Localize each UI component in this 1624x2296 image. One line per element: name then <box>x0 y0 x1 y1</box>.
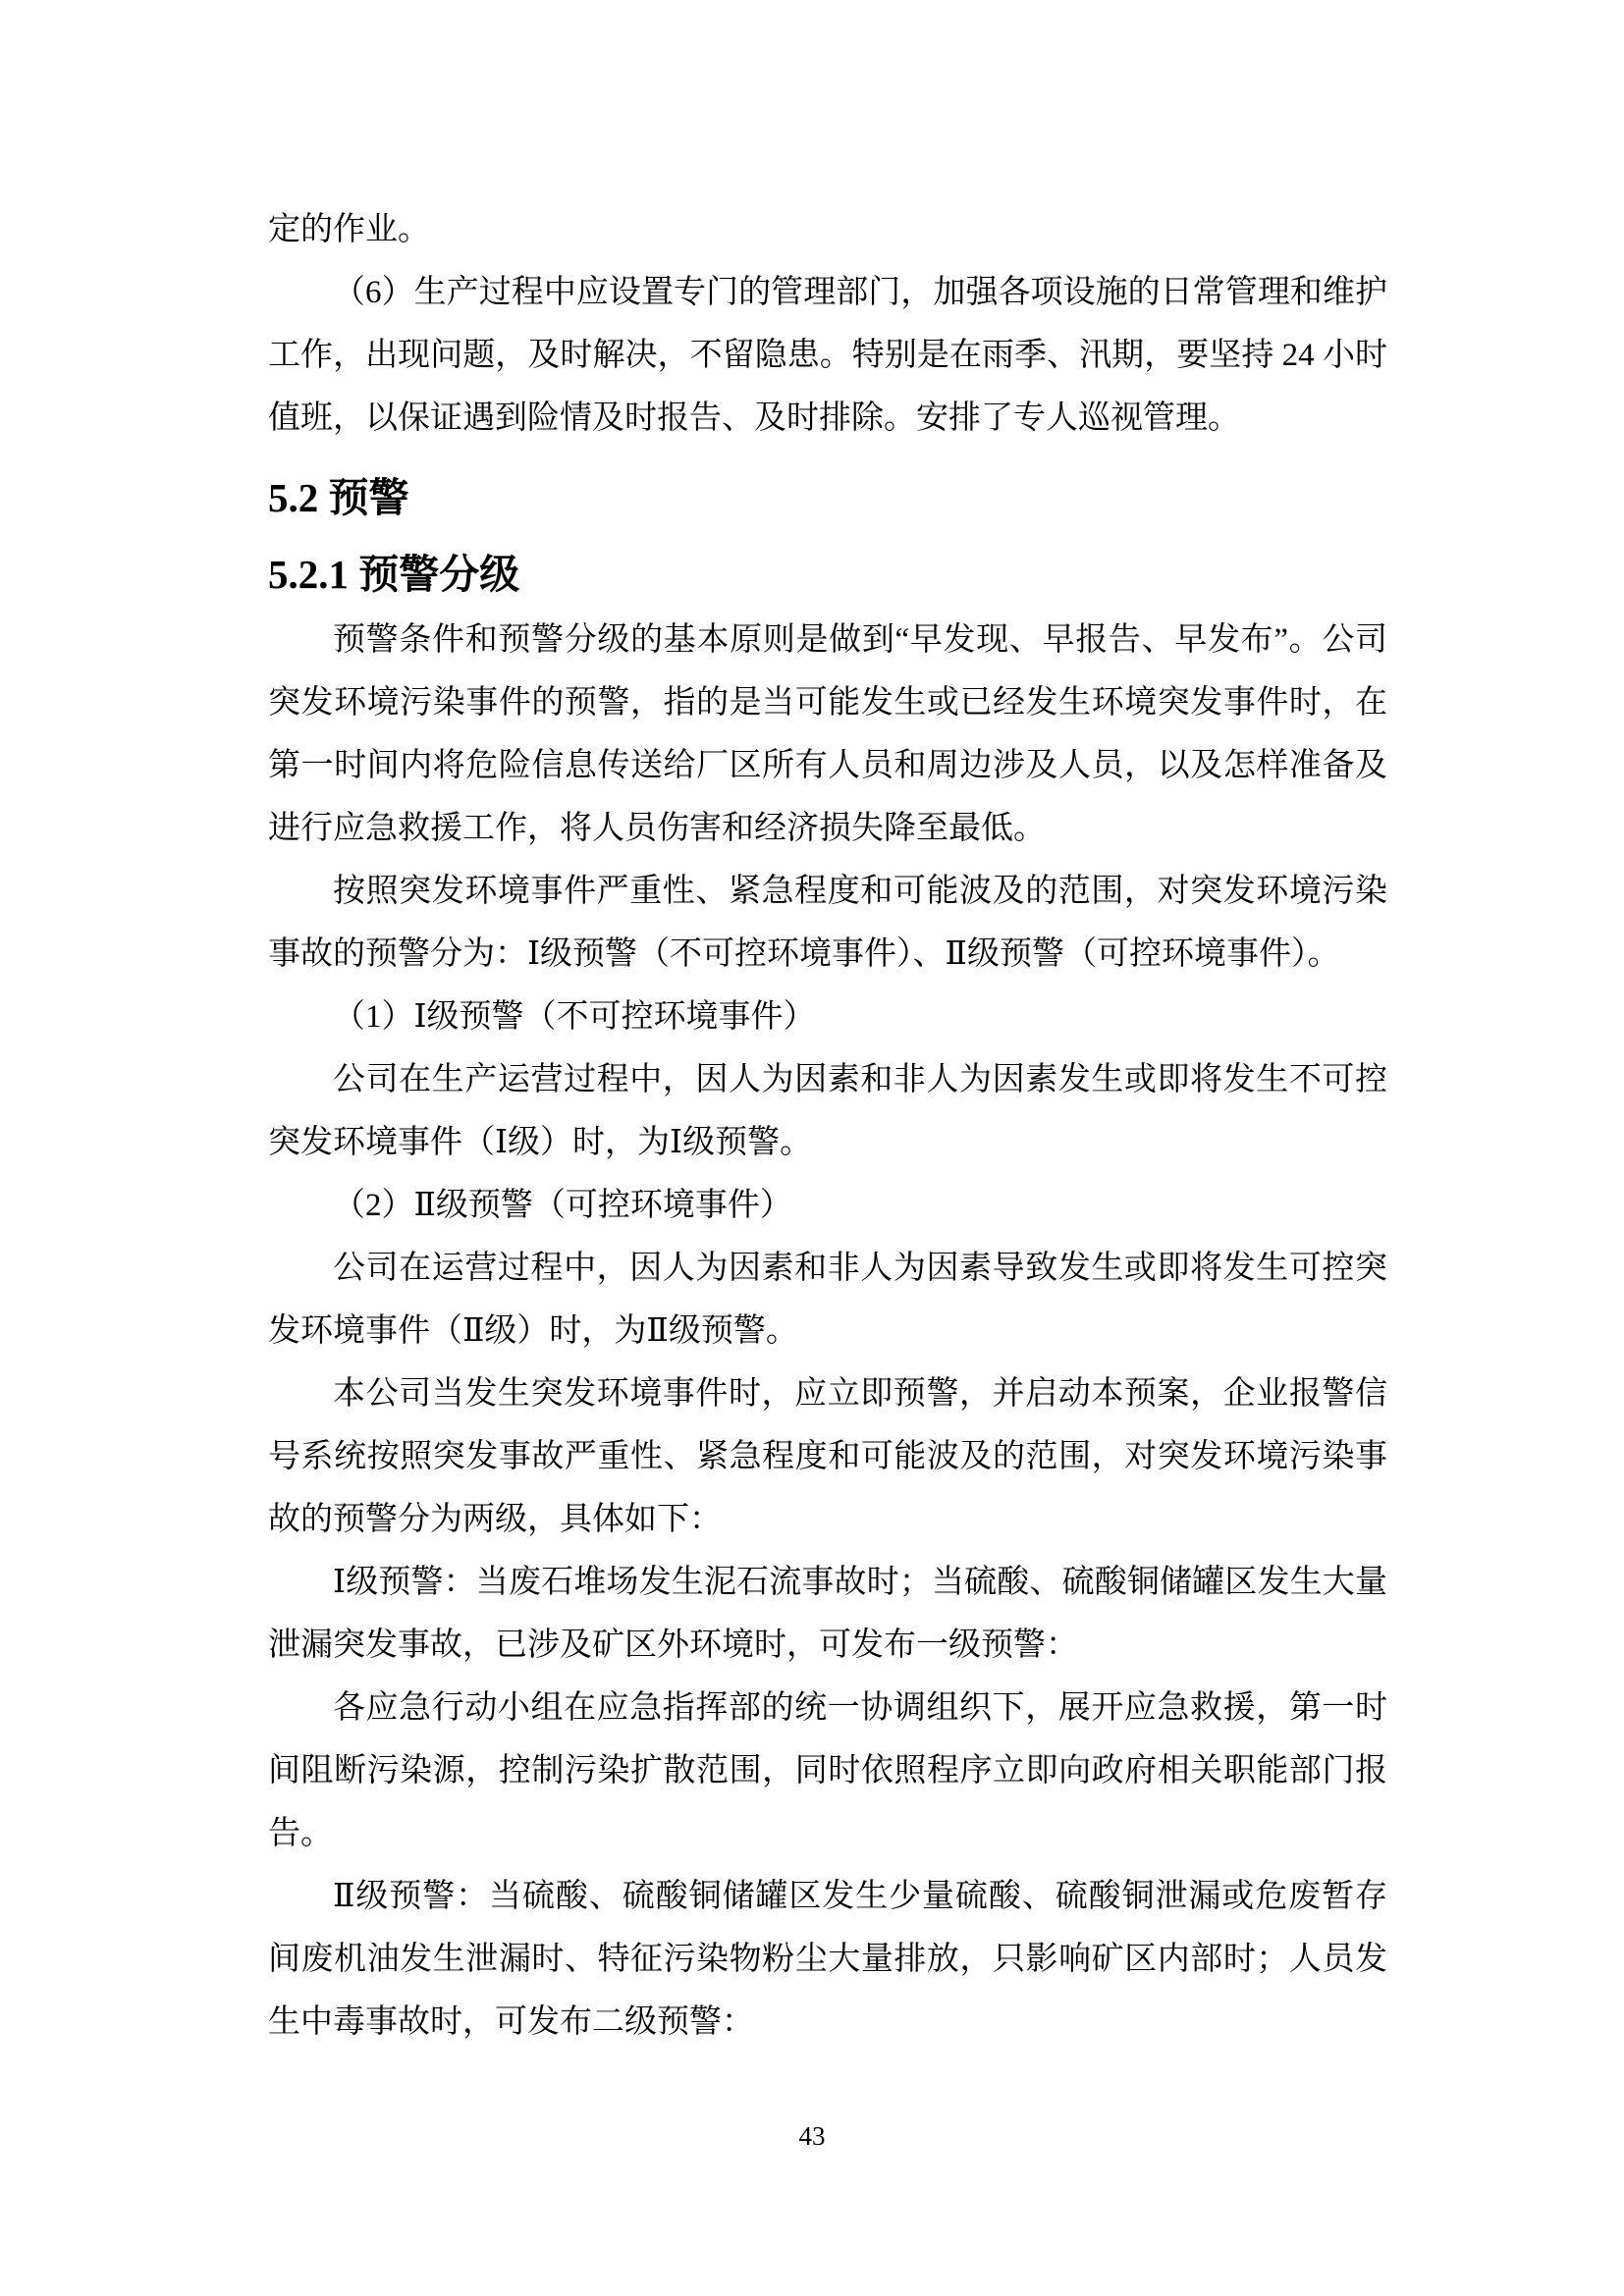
paragraph-level1-definition: 公司在生产运营过程中，因人为因素和非人为因素发生或即将发生不可控突发环境事件（Ⅰ… <box>268 1048 1387 1174</box>
continuation-paragraph: 定的作业。 <box>268 198 1387 261</box>
section-heading-5-2: 5.2 预警 <box>268 463 1387 532</box>
paragraph-warning-level-classification: 按照突发环境事件严重性、紧急程度和可能波及的范围，对突发环境污染事故的预警分为：… <box>268 860 1387 986</box>
paragraph-level1-title: （1）Ⅰ级预警（不可控环境事件） <box>268 986 1387 1048</box>
section-heading-5-2-1: 5.2.1 预警分级 <box>268 540 1387 609</box>
paragraph-emergency-response-actions: 各应急行动小组在应急指挥部的统一协调组织下，展开应急救援，第一时间阻断污染源，控… <box>268 1677 1387 1865</box>
paragraph-level1-conditions: Ⅰ级预警：当废石堆场发生泥石流事故时；当硫酸、硫酸铜储罐区发生大量泄漏突发事故，… <box>268 1551 1387 1677</box>
page-number: 43 <box>799 2121 826 2151</box>
paragraph-level2-title: （2）Ⅱ级预警（可控环境事件） <box>268 1174 1387 1237</box>
paragraph-warning-principles: 预警条件和预警分级的基本原则是做到“早发现、早报告、早发布”。公司突发环境污染事… <box>268 609 1387 860</box>
paragraph-warning-activation: 本公司当发生突发环境事件时，应立即预警，并启动本预案，企业报警信号系统按照突发事… <box>268 1362 1387 1551</box>
page-footer: 43 <box>0 2120 1624 2152</box>
paragraph-level2-conditions: Ⅱ级预警：当硫酸、硫酸铜储罐区发生少量硫酸、硫酸铜泄漏或危废暂存间废机油发生泄漏… <box>268 1865 1387 2054</box>
paragraph-level2-definition: 公司在运营过程中，因人为因素和非人为因素导致发生或即将发生可控突发环境事件（Ⅱ级… <box>268 1237 1387 1362</box>
document-page: 定的作业。 （6）生产过程中应设置专门的管理部门，加强各项设施的日常管理和维护工… <box>0 0 1624 2296</box>
document-body: 定的作业。 （6）生产过程中应设置专门的管理部门，加强各项设施的日常管理和维护工… <box>268 198 1387 2054</box>
paragraph-item-6-management: （6）生产过程中应设置专门的管理部门，加强各项设施的日常管理和维护工作，出现问题… <box>268 261 1387 450</box>
